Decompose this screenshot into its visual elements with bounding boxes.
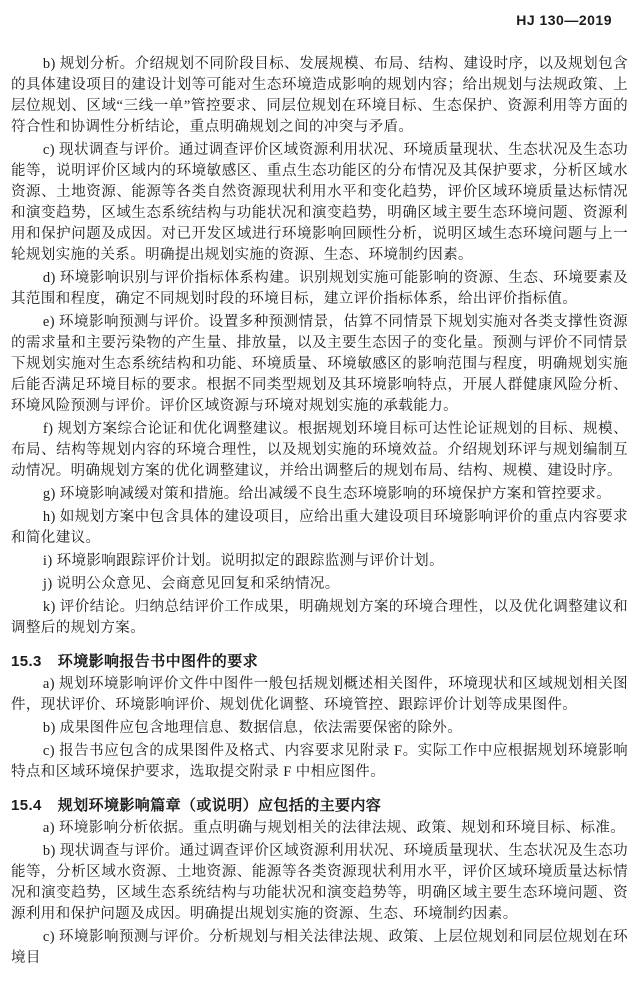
- section-number-15-4: 15.4: [11, 797, 42, 814]
- list-item-i: i) 环境影响跟踪评价计划。说明拟定的跟踪监测与评价计划。: [11, 551, 628, 572]
- section-heading-15-4: 15.4规划环境影响篇章（或说明）应包括的主要内容: [11, 795, 628, 816]
- section-heading-15-3: 15.3环境影响报告书中图件的要求: [11, 651, 628, 672]
- list-item-k: k) 评价结论。归纳总结评价工作成果，明确规划方案的环境合理性，以及优化调整建议…: [11, 597, 628, 639]
- list-item-f: f) 规划方案综合论证和优化调整建议。根据规划环境目标可达性论证规划的目标、规模…: [11, 419, 628, 482]
- list-item-c: c) 现状调查与评价。通过调查评价区域资源利用状况、环境质量现状、生态状况及生态…: [11, 140, 628, 266]
- section-15-3-item-c: c) 报告书应包含的成果图件及格式、内容要求见附录 F。实际工作中应根据规划环境…: [11, 741, 628, 783]
- list-item-h: h) 如规划方案中包含具体的建设项目，应给出重大建设项目环境影响评价的重点内容要…: [11, 507, 628, 549]
- section-number-15-3: 15.3: [11, 653, 42, 670]
- page-header: HJ 130—2019: [0, 12, 612, 28]
- section-15-3-item-a: a) 规划环境影响评价文件中图件一般包括规划概述相关图件，环境现状和区域规划相关…: [11, 674, 628, 716]
- section-title-15-3: 环境影响报告书中图件的要求: [58, 653, 258, 670]
- section-title-15-4: 规划环境影响篇章（或说明）应包括的主要内容: [58, 797, 381, 814]
- section-15-4-item-a: a) 环境影响分析依据。重点明确与规划相关的法律法规、政策、规划和环境目标、标准…: [11, 818, 628, 839]
- section-15-4-item-b: b) 现状调查与评价。通过调查评价区域资源利用状况、环境质量现状、生态状况及生态…: [11, 841, 628, 925]
- list-item-j: j) 说明公众意见、会商意见回复和采纳情况。: [11, 574, 628, 595]
- list-item-e: e) 环境影响预测与评价。设置多种预测情景，估算不同情景下规划实施对各类支撑性资…: [11, 312, 628, 417]
- list-item-g: g) 环境影响减缓对策和措施。给出减缓不良生态环境影响的环境保护方案和管控要求。: [11, 484, 628, 505]
- section-15-4-item-c-truncated: c) 环境影响预测与评价。分析规划与相关法律法规、政策、上层位规划和同层位规划在…: [11, 927, 628, 969]
- list-item-b: b) 规划分析。介绍规划不同阶段目标、发展规模、布局、结构、建设时序，以及规划包…: [11, 54, 628, 138]
- standard-number: HJ 130—2019: [516, 12, 612, 28]
- list-item-d: d) 环境影响识别与评价指标体系构建。识别规划实施可能影响的资源、生态、环境要素…: [11, 268, 628, 310]
- document-page: HJ 130—2019 b) 规划分析。介绍规划不同阶段目标、发展规模、布局、结…: [0, 0, 640, 983]
- document-body: b) 规划分析。介绍规划不同阶段目标、发展规模、布局、结构、建设时序，以及规划包…: [11, 54, 628, 971]
- section-15-3-item-b: b) 成果图件应包含地理信息、数据信息，依法需要保密的除外。: [11, 718, 628, 739]
